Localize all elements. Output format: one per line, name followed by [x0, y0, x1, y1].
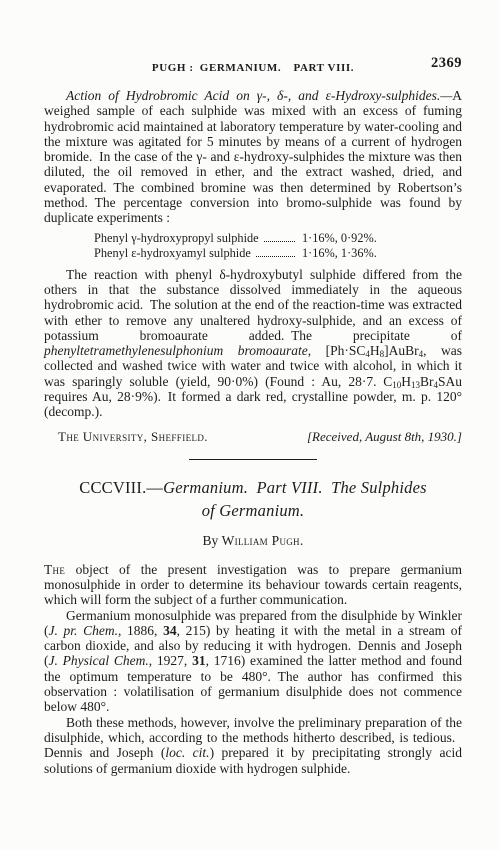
results-table: Phenyl γ-hydroxypropyl sulphide 1·16%, 0… [44, 231, 462, 261]
paragraph-object-of-investigation: The object of the present investigation … [44, 562, 462, 608]
article-title: CCCVIII.—Germanium. Part VIII. The Sulph… [44, 476, 462, 522]
result-row: Phenyl γ-hydroxypropyl sulphide 1·16%, 0… [94, 231, 406, 246]
dotted-leader [264, 241, 295, 242]
result-value: 1·16%, 1·36%. [302, 246, 406, 261]
page-number: 2369 [431, 55, 462, 72]
article-signature: The University, Sheffield. [Received, Au… [44, 429, 462, 445]
article-byline: By William Pugh. [44, 533, 462, 549]
running-title: PUGH : GERMANIUM. PART VIII. [152, 62, 354, 74]
result-value: 1·16%, 0·92%. [302, 231, 406, 246]
result-label: Phenyl γ-hydroxypropyl sulphide [94, 231, 259, 246]
paragraph-hydrobromic-action: Action of Hydrobromic Acid on γ-, δ-, an… [44, 88, 462, 226]
section-divider [189, 459, 317, 460]
result-label: Phenyl ε-hydroxyamyl sulphide [94, 246, 251, 261]
journal-page: PUGH : GERMANIUM. PART VIII. 2369 Action… [0, 0, 500, 850]
received-date-label: [Received, August 8th, 1930.] [307, 429, 462, 445]
dotted-leader [256, 256, 295, 257]
article-title-line: of Germanium. [44, 499, 462, 522]
paragraph-both-methods: Both these methods, however, involve the… [44, 715, 462, 776]
result-row: Phenyl ε-hydroxyamyl sulphide 1·16%, 1·3… [94, 246, 406, 261]
university-label: The University, Sheffield. [58, 429, 208, 445]
paragraph-preparation-methods: Germanium monosulphide was prepared from… [44, 608, 462, 715]
article-title-line: CCCVIII.—Germanium. Part VIII. The Sulph… [44, 476, 462, 499]
paragraph-hydroxybutyl-reaction: The reaction with phenyl δ-hydroxybutyl … [44, 267, 462, 420]
page-header: PUGH : GERMANIUM. PART VIII. 2369 [44, 58, 462, 74]
